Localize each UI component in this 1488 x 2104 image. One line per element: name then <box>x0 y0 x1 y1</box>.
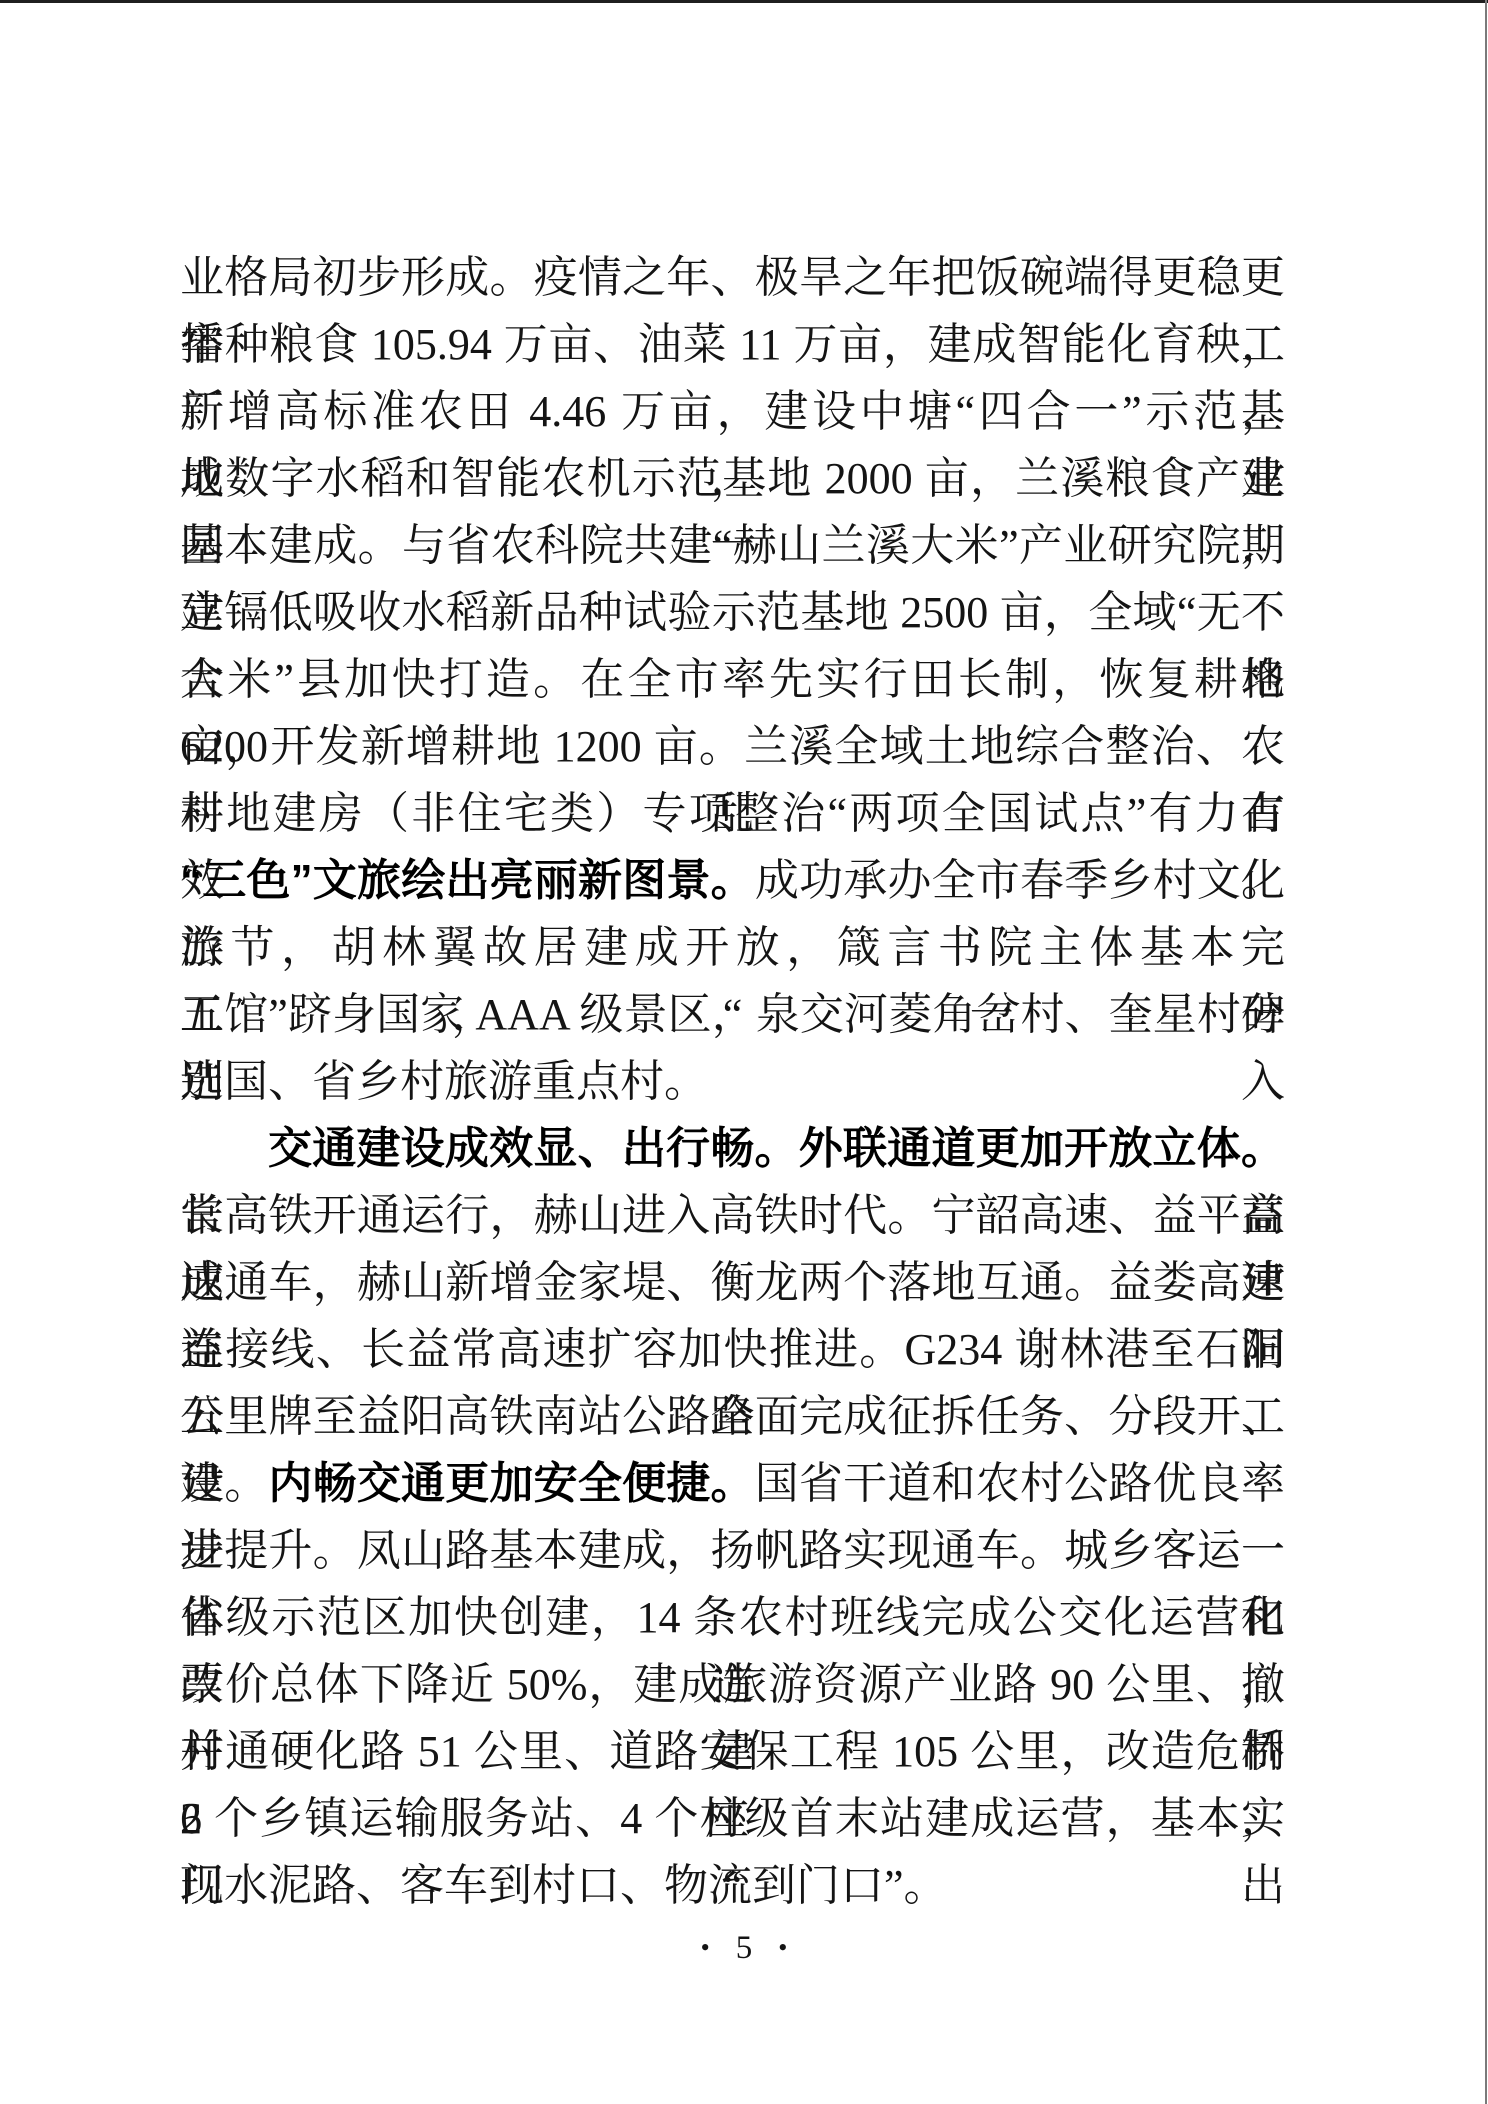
text-line: 成数字水稻和智能农机示范基地 2000 亩，兰溪粮食产业园一期 <box>180 445 1285 512</box>
text-segment: 门水泥路、客车到村口、物流到门口”。 <box>180 1861 948 1910</box>
footer-right-dot: • <box>778 1933 787 1962</box>
footer-left-dot: • <box>701 1933 710 1962</box>
text-line: “三色”文旅绘出亮丽新图景。成功承办全市春季乡村文化旅 <box>180 847 1285 914</box>
text-line: 大米”县加快打造。在全市率先实行田长制，恢复耕地 6200 <box>180 646 1285 713</box>
text-line: 播种粮食 105.94 万亩、油菜 11 万亩，建成智能化育秧工厂， <box>180 311 1285 378</box>
bold-text-segment: 交通建设成效显、出行畅。外联通道更加开放立体。 <box>268 1124 1285 1173</box>
bold-text-segment: 内畅交通更加安全便捷。 <box>268 1459 754 1508</box>
text-line: 基本建成。与省农科院共建“赫山兰溪大米”产业研究院，建 <box>180 512 1285 579</box>
text-line: 设。内畅交通更加安全便捷。国省干道和农村公路优良率进一 <box>180 1450 1285 1517</box>
document-body: 业格局初步形成。疫情之年、极旱之年把饭碗端得更稳更牢，播种粮食 105.94 万… <box>180 244 1285 1919</box>
text-line: 立镉低吸收水稻新品种试验示范基地 2500 亩，全域“无不合格 <box>180 579 1285 646</box>
text-line: 常高铁开通运行，赫山进入高铁时代。宁韶高速、益平高速建 <box>180 1182 1285 1249</box>
text-line: 亩，开发新增耕地 1200 亩。兰溪全域土地综合整治、农村乱占 <box>180 713 1285 780</box>
text-segment: 设。 <box>180 1459 268 1508</box>
text-line: 步提升。凤山路基本建成，扬帆路实现通车。城乡客运一体化 <box>180 1517 1285 1584</box>
text-line: 业格局初步形成。疫情之年、极旱之年把饭碗端得更稳更牢， <box>180 244 1285 311</box>
page-right-border-line <box>1485 0 1487 2104</box>
text-line: 耕地建房（非住宅类）专项整治“两项全国试点”有力有效。 <box>180 780 1285 847</box>
text-line: 交通建设成效显、出行畅。外联通道更加开放立体。长益 <box>180 1115 1285 1182</box>
text-line: 游节，胡林翼故居建成开放，箴言书院主体基本完工，“一碑 <box>180 914 1285 981</box>
text-line: 成通车，赫山新增金家堤、衡龙两个落地互通。益娄高速益阳 <box>180 1249 1285 1316</box>
page-number: 5 <box>736 1930 753 1966</box>
text-line: 连接线、长益常高速扩容加快推进。G234 谢林港至石洞公路、 <box>180 1316 1285 1383</box>
text-line: 新增高标准农田 4.46 万亩，建设中塘“四合一”示范基地，建 <box>180 378 1285 445</box>
text-line: 五里牌至益阳高铁南站公路全面完成征拆任务、分段开工建 <box>180 1383 1285 1450</box>
page-top-border-line <box>0 0 1488 3</box>
document-page: 业格局初步形成。疫情之年、极旱之年把饭碗端得更稳更牢，播种粮食 105.94 万… <box>0 0 1488 2104</box>
text-line: 省级示范区加快创建，14 条农村班线完成公交化运营和改造， <box>180 1584 1285 1651</box>
text-line: 村通硬化路 51 公里、道路安保工程 105 公里，改造危桥 6 座， <box>180 1718 1285 1785</box>
bold-text-segment: “三色”文旅绘出亮丽新图景。 <box>180 856 755 905</box>
text-line: 票价总体下降近 50%，建成旅游资源产业路 90 公里、撤并建制 <box>180 1651 1285 1718</box>
text-line: 五馆”跻身国家 AAA 级景区，泉交河菱角岔村、奎星村分别入 <box>180 981 1285 1048</box>
text-segment: 选国、省乡村旅游重点村。 <box>180 1057 708 1106</box>
text-line: 2 个乡镇运输服务站、4 个村级首末站建成运营，基本实现“出 <box>180 1785 1285 1852</box>
page-footer: •5• <box>0 1930 1488 1967</box>
